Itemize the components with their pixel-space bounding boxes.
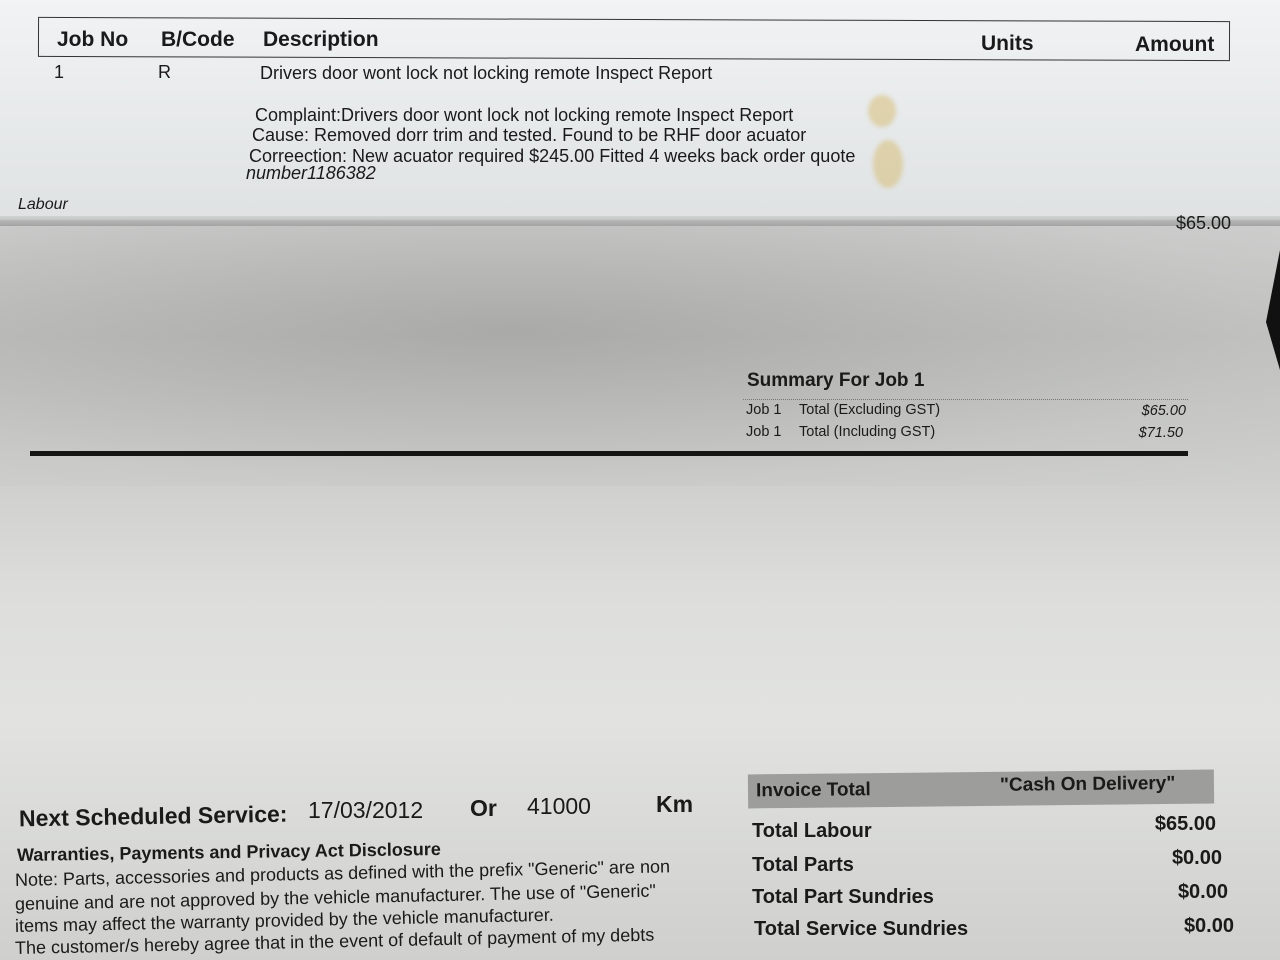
job-cause: Cause: Removed dorr trim and tested. Fou… [252,125,806,146]
next-service-km-unit: Km [656,791,693,818]
payment-terms: "Cash On Delivery" [1000,773,1176,797]
next-service-date: 17/03/2012 [308,797,423,824]
summary-row-job: Job 1 [746,402,781,418]
summary-divider [743,399,1188,400]
header-job-no: Job No [57,28,128,52]
job-description: Drivers door wont lock not locking remot… [260,63,712,84]
header-units: Units [981,32,1034,56]
stain [873,140,903,188]
total-parts-value: $0.00 [1072,847,1222,870]
total-labour-label: Total Labour [752,820,872,843]
invoice-total-bar: Invoice Total "Cash On Delivery" [748,770,1214,809]
labour-amount: $65.00 [1176,213,1231,234]
job-number: 1 [54,62,64,83]
summary-row-value: $71.50 [1063,425,1183,441]
summary-row-label: Total (Including GST) [799,424,935,440]
summary-row-job: Job 1 [746,424,781,440]
next-service-km: 41000 [527,793,591,820]
header-description: Description [263,28,379,52]
header-b-code: B/Code [161,28,235,52]
summary-row-label: Total (Excluding GST) [799,402,940,418]
shadow [0,226,1280,486]
next-service-or: Or [470,795,497,822]
total-labour-value: $65.00 [1066,813,1216,836]
stain [868,95,896,127]
invoice-total-title: Invoice Total [756,779,871,802]
total-part-sundries-label: Total Part Sundries [752,886,934,909]
job-complaint: Complaint:Drivers door wont lock not loc… [255,105,793,126]
summary-title: Summary For Job 1 [747,370,924,392]
total-parts-label: Total Parts [752,854,854,877]
summary-row-value: $65.00 [1066,403,1186,419]
section-divider [30,451,1188,456]
paper-fold [0,216,1280,226]
labour-label: Labour [18,196,68,214]
total-part-sundries-value: $0.00 [1078,881,1228,904]
total-service-sundries-value: $0.00 [1084,915,1234,938]
job-correction-cont: number1186382 [246,163,376,184]
header-amount: Amount [1135,33,1214,57]
next-service-label: Next Scheduled Service: [19,801,288,833]
job-b-code: R [158,62,171,83]
total-service-sundries-label: Total Service Sundries [754,918,968,941]
